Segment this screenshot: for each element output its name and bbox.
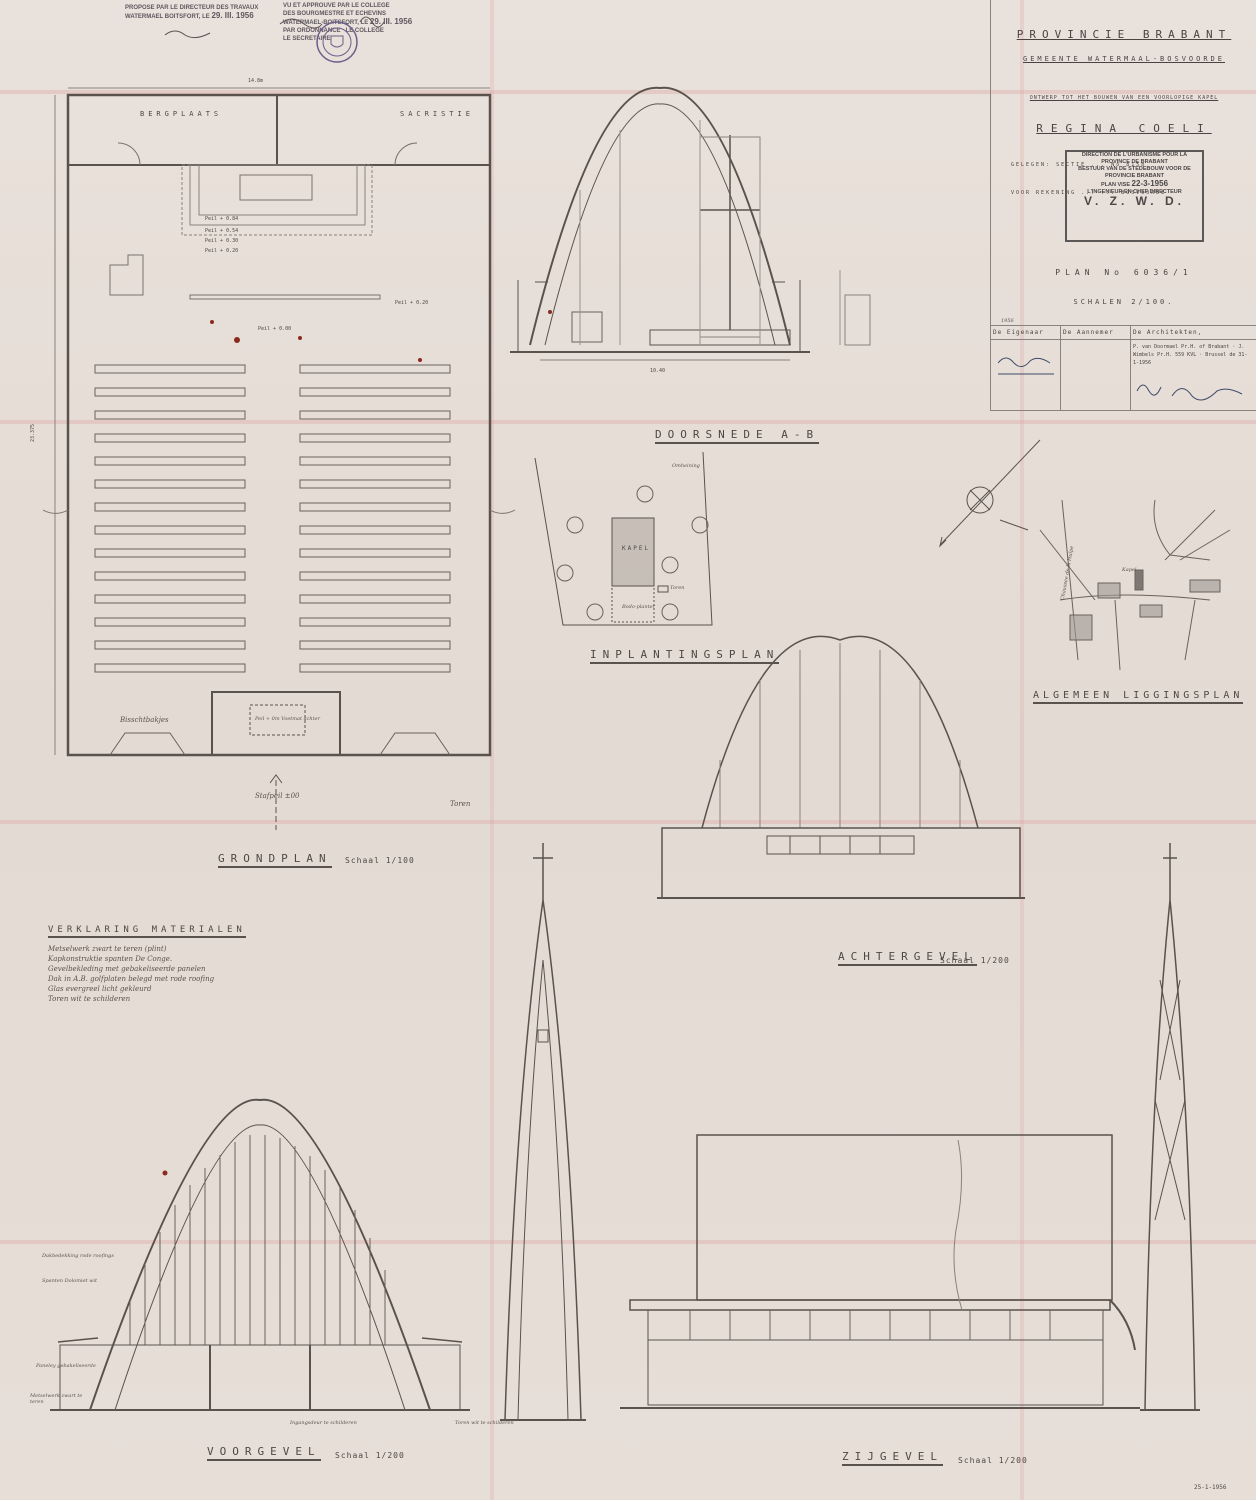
bell-tower (1140, 843, 1200, 1410)
urbanism-stamp: DIRECTION DE L'URBANISME POUR LA PROVINC… (1065, 150, 1204, 242)
scale-label: Schaal 1/200 (335, 1451, 405, 1460)
level-label: Peil + 0.54 (205, 228, 238, 234)
annotation: Bodo-planter (622, 604, 655, 610)
plan-number: PLAN No 6036/1 (991, 268, 1256, 277)
stamp-date: 22-3-1956 (1132, 179, 1168, 188)
annotation: Toren wit te schilderen (455, 1420, 514, 1426)
signature-table: De Eigenaar De Aannemer De Architekten, … (990, 325, 1256, 411)
province-title: PROVINCIE BRABANT (991, 28, 1256, 41)
stamp-code: V. Z. W. D. (1067, 198, 1202, 205)
room-label: SACRISTIE (400, 110, 474, 118)
annotation: Spanten Dolomiet wit (42, 1278, 97, 1284)
level-label: Peil + 0.20 (395, 300, 428, 306)
annotation: Stafpeil ±00 (255, 792, 299, 800)
dimension-label: 10.40 (650, 368, 665, 374)
scale-label: Schaal 1/200 (958, 1456, 1028, 1465)
level-label: Peil + 0.20 (205, 248, 238, 254)
dimension-label: 23.375 (30, 424, 36, 442)
year-note: 1956 (1001, 318, 1014, 324)
bell-tower (500, 843, 586, 1420)
drawing-title: VOORGEVEL (207, 1445, 321, 1461)
annotation: Ingangsdeur te schilderen (290, 1420, 357, 1426)
signature-icon (165, 31, 210, 38)
contractor-column: De Aannemer (1060, 326, 1131, 411)
building-label: KAPEL (622, 545, 650, 552)
scale-label: Schaal 1/100 (345, 856, 415, 865)
side-facade (620, 1135, 1140, 1408)
legend-item: Glas evergreel licht gekleurd (48, 984, 214, 994)
level-label: Peil + 0.84 (205, 216, 238, 222)
north-arrow-icon (940, 440, 1040, 546)
column-header: De Aannemer (1060, 326, 1130, 340)
drawing-date: 25-1-1956 (1194, 1484, 1227, 1491)
chapel-name: REGINA COELI (991, 122, 1256, 135)
stamp-text: DIRECTION DE L'URBANISME POUR LA (1067, 152, 1202, 159)
rear-facade (657, 636, 1025, 898)
scale-label: Schaal 1/200 (940, 956, 1010, 965)
column-header: De Architekten, (1130, 326, 1256, 340)
legend-item: Gevelbekleding met gebakeliseerde panele… (48, 964, 214, 974)
column-header: De Eigenaar (990, 326, 1060, 340)
annotation: Toren (450, 800, 470, 808)
annotation: Dakbedekking rode roofings (42, 1253, 114, 1259)
legend-item: Kapkonstruktie spanten De Conge. (48, 954, 214, 964)
dimension-label: 14.8m (248, 78, 263, 84)
annotation: Bisschtbakjes (120, 716, 169, 724)
room-label: BERGPLAATS (140, 110, 222, 118)
signature-icon (1132, 376, 1252, 404)
annotation: Toren (670, 585, 685, 591)
drawing-title: GRONDPLAN (218, 852, 332, 868)
drawing-title: INPLANTINGSPLAN (590, 648, 779, 664)
section-drawing (510, 88, 870, 360)
signature-icon (996, 348, 1056, 378)
annotation: Kapel (1122, 567, 1136, 573)
annotation: Paneley gebakeliseerde (36, 1363, 96, 1369)
drawing-title: ALGEMEEN LIGGINGSPLAN (1033, 690, 1243, 704)
legend-item: Metselwerk zwart te teren (plint) (48, 944, 214, 954)
owner-column: De Eigenaar (990, 326, 1061, 411)
site-plan (535, 452, 712, 625)
legend-item: Toren wit te schilderen (48, 994, 214, 1004)
stamp-text: PROVINCE DE BRABANT (1067, 159, 1202, 166)
architects-names: P. van Doormael Pr.H. of Brabant · J. Wi… (1130, 340, 1256, 370)
architects-column: De Architekten, P. van Doormael Pr.H. of… (1130, 326, 1256, 411)
paper-stain (163, 310, 553, 1176)
drawing-title: DOORSNEDE A-B (655, 428, 819, 444)
annotation: Omheining (672, 463, 700, 469)
legend-title: VERKLARING MATERIALEN (48, 925, 246, 938)
legend-item: Dak in A.B. golfplaten belegd met rode r… (48, 974, 214, 984)
municipality-title: GEMEENTE WATERMAAL-BOSVOORDE (991, 55, 1256, 63)
annotation: Peil + 0m Voetmat achter (255, 716, 320, 722)
materials-legend: Metselwerk zwart te teren (plint) Kapkon… (48, 944, 214, 1004)
drawing-title: ZIJGEVEL (842, 1450, 943, 1466)
stamp-text: BESTUUR VAN DE STEDEBOUW VOOR DE (1067, 166, 1202, 173)
level-label: Peil + 0.00 (258, 326, 291, 332)
level-label: Peil + 0.30 (205, 238, 238, 244)
project-title: ONTWERP TOT HET BOUWEN VAN EEN VOORLOPIG… (991, 95, 1256, 101)
stamp-text: PLAN VISE (1101, 182, 1130, 188)
annotation: Metselwerk zwart te teren (30, 1393, 90, 1405)
plan-scale: SCHALEN 2/100. (991, 298, 1256, 306)
